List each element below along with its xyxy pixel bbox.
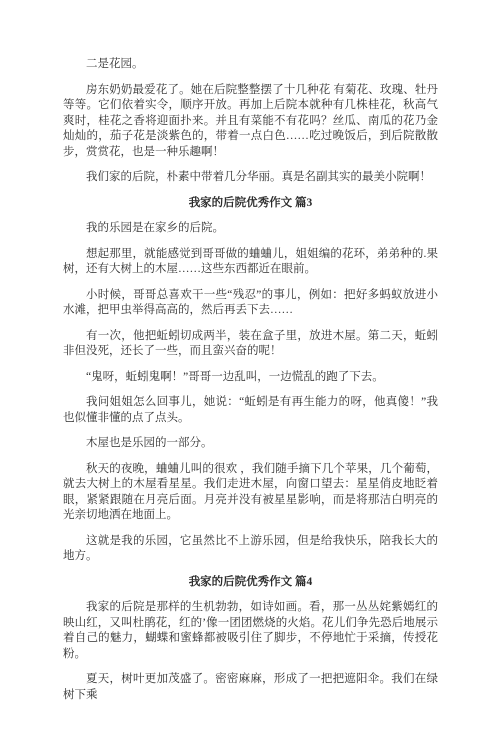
document-page: 二是花园。房东奶奶最爱花了。她在后院整整摆了十几种花 有菊花、玫瑰、牡丹等等。它… — [0, 0, 500, 733]
paragraph: “鬼呀，蚯蚓鬼啊！”哥哥一边乱叫，一边慌乱的跑了下去。 — [63, 370, 438, 386]
paragraph: 我们家的后院，朴素中带着几分华丽。真是名副其实的最美小院啊！ — [63, 170, 438, 186]
section-heading: 我家的后院优秀作文 篇3 — [63, 196, 438, 212]
document-body: 二是花园。房东奶奶最爱花了。她在后院整整摆了十几种花 有菊花、玫瑰、牡丹等等。它… — [63, 57, 438, 703]
paragraph: 这就是我的乐园，它虽然比不上游乐园，但是给我快乐，陪我长大的地方。 — [63, 534, 438, 565]
paragraph: 夏天，树叶更加茂盛了。密密麻麻，形成了一把把遮阳伞。我们在绿树下乘 — [63, 672, 438, 703]
paragraph: 有一次，他把蚯蚓切成两半，装在盒子里，放进木屋。第二天，蚯蚓非但没死，还长了一些… — [63, 329, 438, 360]
paragraph: 木屋也是乐园的一部分。 — [63, 436, 438, 452]
paragraph: 我家的后院是那样的生机勃勃，如诗如画。看，那一丛丛姹紫嫣红的映山红，又叫杜鹃花，… — [63, 600, 438, 662]
paragraph: 秋天的夜晚，蛐蛐儿叫的很欢 ，我们随手摘下几个苹果，几个葡萄，就去大树上的木屋看… — [63, 462, 438, 524]
paragraph: 我问姐姐怎么回事儿，她说：“蚯蚓是有再生能力的呀，他真傻！”我也似懂非懂的点了点… — [63, 395, 438, 426]
paragraph: 二是花园。 — [63, 57, 438, 73]
paragraph: 房东奶奶最爱花了。她在后院整整摆了十几种花 有菊花、玫瑰、牡丹等等。它们依着实令… — [63, 83, 438, 161]
paragraph: 想起那里，就能感觉到哥哥做的蛐蛐儿，姐姐编的花环，弟弟种的.果树，还有大树上的木… — [63, 247, 438, 278]
paragraph: 小时候，哥哥总喜欢干一些“残忍”的事儿，例如：把好多蚂蚁放进小水滩，把甲虫举得高… — [63, 288, 438, 319]
section-heading: 我家的后院优秀作文 篇4 — [63, 575, 438, 591]
paragraph: 我的乐园是在家乡的后院。 — [63, 221, 438, 237]
